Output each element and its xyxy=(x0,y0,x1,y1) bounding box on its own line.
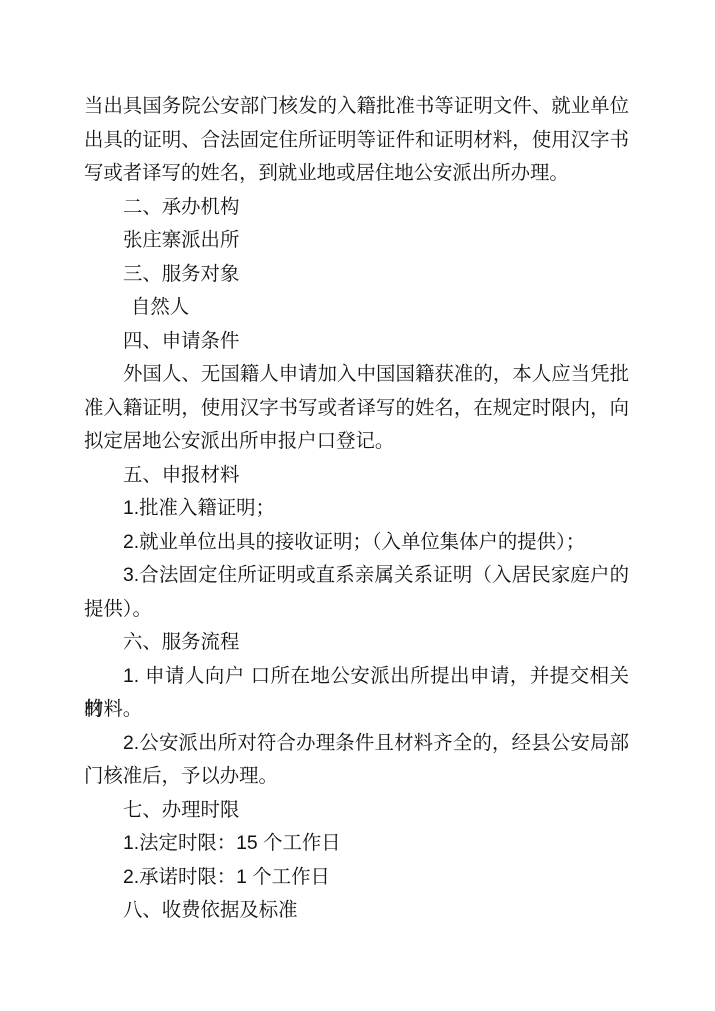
text-line: 张庄寨派出所 xyxy=(84,224,629,258)
text-line: 提供）。 xyxy=(84,593,629,627)
text-line: 写或者译写的姓名，到就业地或居住地公安派出所办理。 xyxy=(84,157,629,191)
document-page: 当出具国务院公安部门核发的入籍批准书等证明文件、就业单位出具的证明、合法固定住所… xyxy=(0,0,715,1011)
text-line: 1.批准入籍证明； xyxy=(84,492,629,526)
text-line: 三、服务对象 xyxy=(84,258,629,292)
text-line: 准入籍证明，使用汉字书写或者译写的姓名，在规定时限内，向 xyxy=(84,392,629,426)
text-line: 出具的证明、合法固定住所证明等证件和证明材料，使用汉字书 xyxy=(84,124,629,158)
text-line: 二、承办机构 xyxy=(84,191,629,225)
text-line: 当出具国务院公安部门核发的入籍批准书等证明文件、就业单位 xyxy=(84,90,629,124)
text-line: 1. 申请人向户 口所在地公安派出所提出申请，并提交相关的 xyxy=(84,660,629,694)
text-line: 门核准后，予以办理。 xyxy=(84,760,629,794)
text-line: 自然人 xyxy=(84,291,629,325)
text-line: 外国人、无国籍人申请加入中国国籍获准的，本人应当凭批 xyxy=(84,358,629,392)
text-line: 2.承诺时限：1 个工作日 xyxy=(84,861,629,895)
text-line: 1.法定时限：15 个工作日 xyxy=(84,827,629,861)
text-line: 五、申报材料 xyxy=(84,459,629,493)
text-line: 七、办理时限 xyxy=(84,794,629,828)
text-line: 拟定居地公安派出所申报户口登记。 xyxy=(84,425,629,459)
text-line: 2.就业单位出具的接收证明；（入单位集体户的提供）； xyxy=(84,526,629,560)
document-body: 当出具国务院公安部门核发的入籍批准书等证明文件、就业单位出具的证明、合法固定住所… xyxy=(84,90,629,928)
text-line: 六、服务流程 xyxy=(84,626,629,660)
text-line: 八、收费依据及标准 xyxy=(84,894,629,928)
text-line: 3.合法固定住所证明或直系亲属关系证明（入居民家庭户的 xyxy=(84,559,629,593)
text-line: 材料。 xyxy=(84,693,629,727)
text-line: 2.公安派出所对符合办理条件且材料齐全的，经县公安局部 xyxy=(84,727,629,761)
text-line: 四、申请条件 xyxy=(84,325,629,359)
